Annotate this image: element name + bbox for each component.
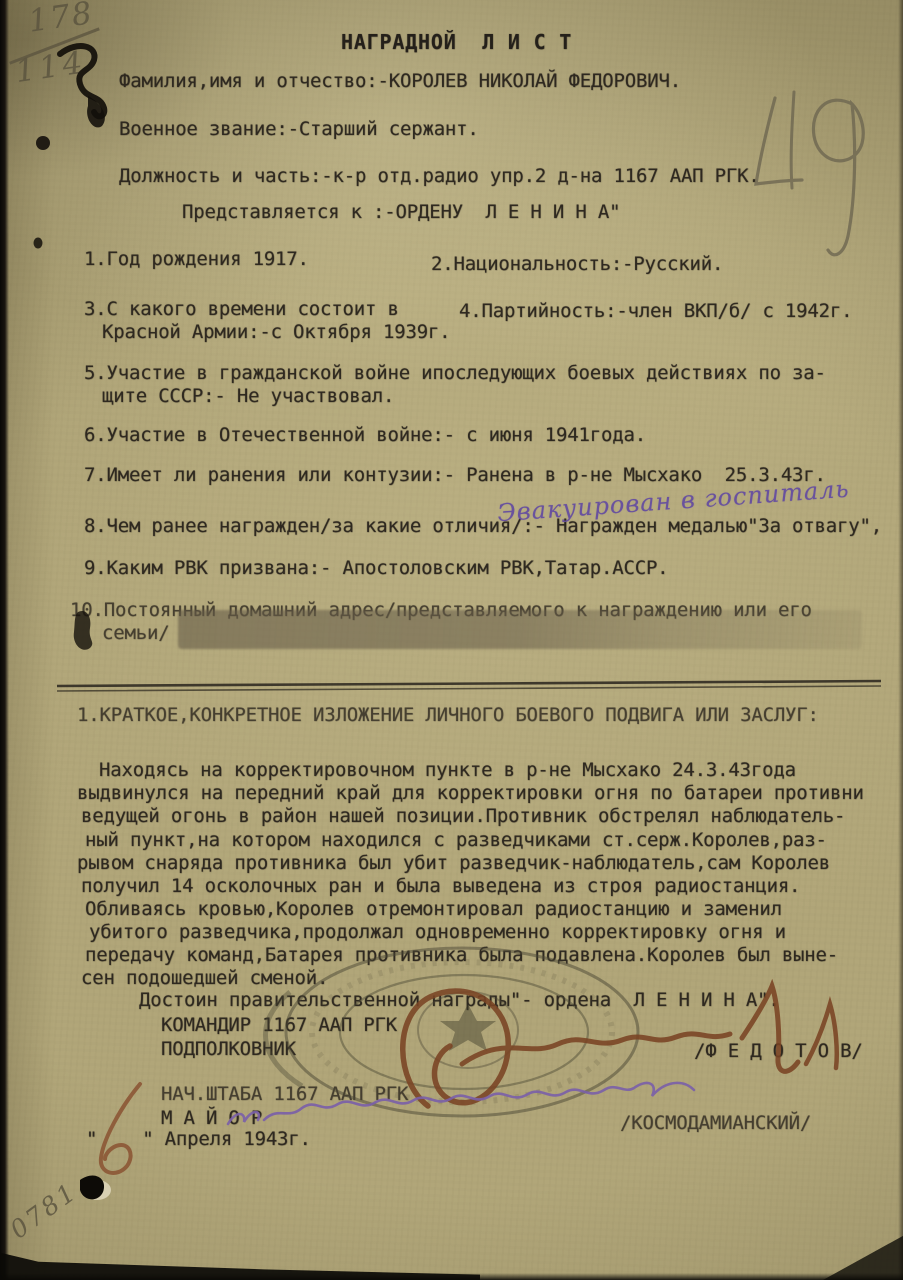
item-5-civil-war-a: 5.Участие в гражданской войне ипоследующ… xyxy=(84,362,826,384)
item-5-civil-war-b: щите СССР:- Не участвовал. xyxy=(102,385,394,407)
section-divider xyxy=(57,681,881,691)
item-1-birth-year: 1.Год рождения 1917. xyxy=(84,248,309,270)
feat-line: рывом снаряда противника был убит развед… xyxy=(77,852,830,874)
pencil-corner-number: 0781 xyxy=(5,1177,83,1245)
item-3-service-since-b: Красной Армии:-с Октября 1939г. xyxy=(102,321,450,343)
punch-hole xyxy=(36,136,50,150)
item-8-prior-awards: 8.Чем ранее награжден/за какие отличия/:… xyxy=(84,515,882,537)
torn-corner-bottom-left xyxy=(0,1242,480,1280)
chief-of-staff-role: НАЧ.ШТАБА 1167 ААП РГК xyxy=(161,1083,408,1105)
pencil-page-number xyxy=(756,92,863,255)
item-4-party: 4.Партийность:-член ВКП/б/ с 1942г. xyxy=(459,300,852,322)
feat-line: ный пункт,на котором находился с разведч… xyxy=(85,829,827,851)
pencil-archive-fraction: 178 114 xyxy=(1,0,110,8)
scan-edge-right xyxy=(898,0,903,1280)
item-3-service-since-a: 3.С какого времени состоит в xyxy=(84,298,399,320)
feat-line: выдвинулся на передний край для корректи… xyxy=(77,782,864,804)
feat-line: Обливаясь кровью,Королев отремонтировал … xyxy=(85,898,782,920)
feat-line: Находясь на корректировочном пункте в р-… xyxy=(99,759,796,781)
feat-conclusion: Достоин правительственной награды"- орде… xyxy=(139,989,780,1011)
field-full-name: Фамилия,имя и отчество:-КОРОЛЕВ НИКОЛАЙ … xyxy=(119,70,681,92)
commander-role: КОМАНДИР 1167 ААП РГК xyxy=(161,1014,397,1036)
redacted-address-block xyxy=(178,610,862,649)
stamp-star-emblem xyxy=(440,1004,496,1051)
item-10-home-address-b: семьи/ xyxy=(102,622,169,644)
paper-hole-bottom xyxy=(80,1176,111,1200)
feat-line: сен подошедшей сменой. xyxy=(81,967,328,989)
commander-typed-name: /Ф Е Д О Т О В/ xyxy=(694,1040,863,1062)
item-9-drafted-by: 9.Каким РВК призвана:- Апостоловским РВК… xyxy=(84,557,668,579)
feat-line: передачу команд,Батарея противника была … xyxy=(85,944,838,966)
commander-rank: ПОДПОЛКОВНИК xyxy=(161,1038,296,1060)
chief-typed-name: /КОСМОДАМИАНСКИЙ/ xyxy=(620,1112,811,1134)
scan-edge-left xyxy=(0,0,9,1280)
field-military-rank: Военное звание:-Старший сержант. xyxy=(119,118,479,140)
chief-of-staff-rank: М А Й О Р xyxy=(161,1107,262,1129)
section-2-heading: 1.КРАТКОЕ,КОНКРЕТНОЕ ИЗЛОЖЕНИЕ ЛИЧНОГО Б… xyxy=(77,704,819,726)
feat-line: получил 14 осколочных ран и была выведен… xyxy=(81,875,800,897)
item-7-wounds: 7.Имеет ли ранения или контузии:- Ранена… xyxy=(84,464,826,486)
feat-line: ведущей огонь в район нашей позиции.Прот… xyxy=(81,805,845,827)
field-position-unit: Должность и часть:-к-р отд.радио упр.2 д… xyxy=(119,165,760,187)
item-2-nationality: 2.Национальность:-Русский. xyxy=(431,253,723,275)
field-recommended-award: Представляется к :-ОРДЕНУ Л Е Н И Н А" xyxy=(182,201,620,223)
fraction-denominator: 114 xyxy=(13,44,88,90)
date-line: " " Апреля 1943г. xyxy=(86,1128,311,1150)
punch-hole xyxy=(34,238,43,249)
item-6-patriotic-war: 6.Участие в Отечественной войне:- с июня… xyxy=(84,424,646,446)
feat-line: убитого разведчика,продолжал одновременн… xyxy=(89,921,786,943)
award-sheet-page: НАГРАДНОЙ Л И С Т Фамилия,имя и отчество… xyxy=(0,0,903,1280)
document-title: НАГРАДНОЙ Л И С Т xyxy=(341,30,572,54)
